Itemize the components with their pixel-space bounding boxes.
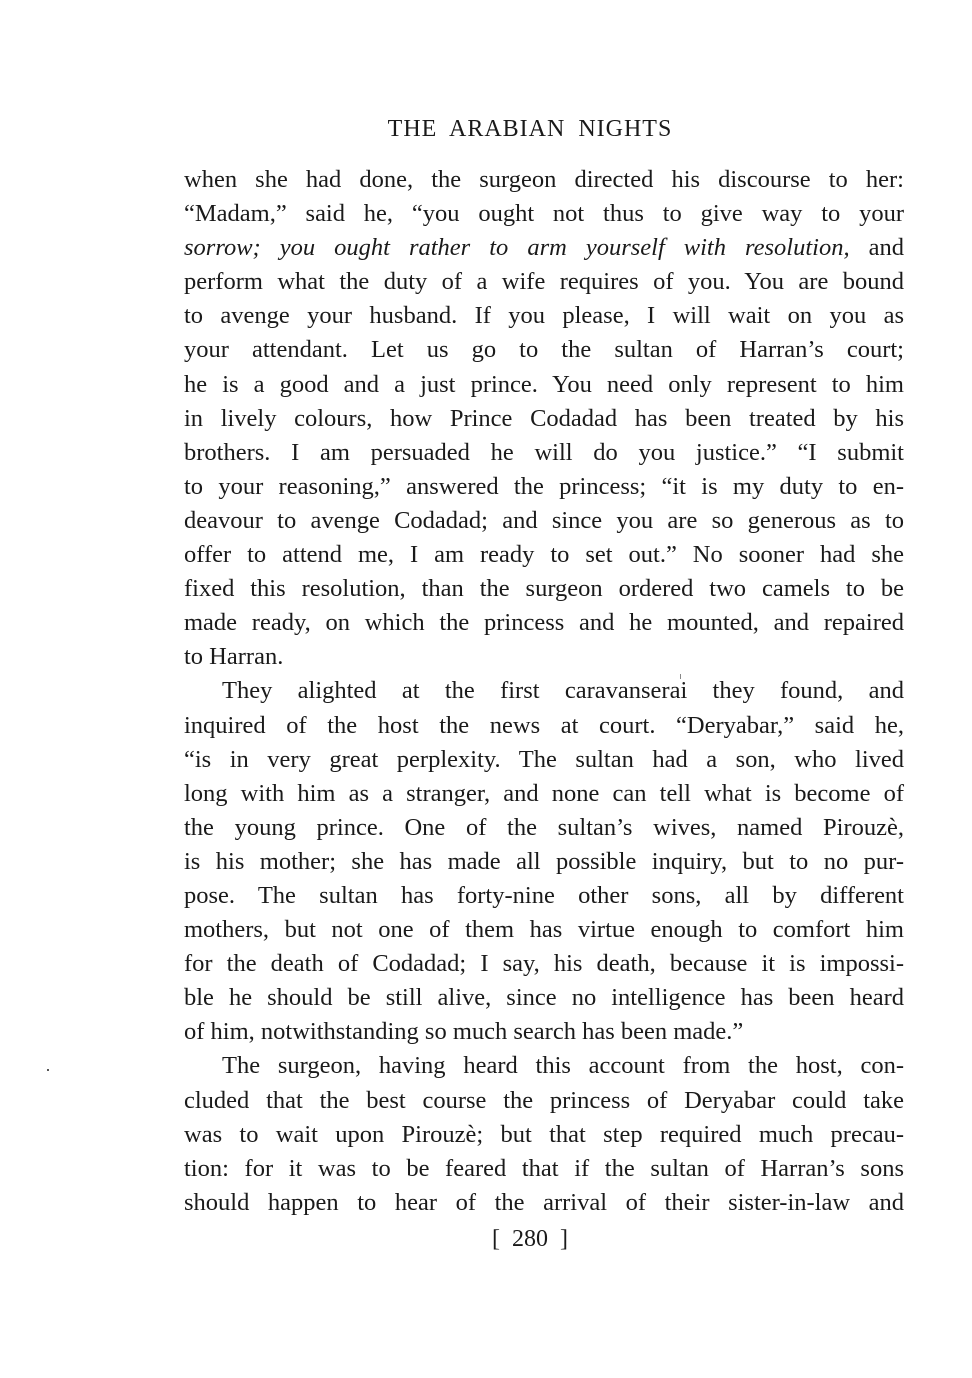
text-line-content: when she had done, the surgeon directed … [184, 163, 904, 197]
text-line: in lively colours, how Prince Codadad ha… [184, 402, 904, 436]
text-line-last: of him, notwithstanding so much search h… [184, 1015, 904, 1049]
text-line-content: tion: for it was to be feared that if th… [184, 1152, 904, 1186]
text-line: is his mother; she has made all possible… [184, 845, 904, 879]
page-number: [ 280 ] [0, 1226, 972, 1253]
text-line-content: cluded that the best course the princess… [184, 1084, 904, 1118]
text-line-content: he is a good and a just prince. You need… [184, 368, 904, 402]
body-text: when she had done, the surgeon directed … [184, 163, 904, 1220]
text-line-content: pose. The sultan has forty-nine other so… [184, 879, 904, 913]
text-line-content: for the death of Codadad; I say, his dea… [184, 947, 904, 981]
text-line-content: The surgeon, having heard this account f… [222, 1049, 904, 1083]
text-line-content: to avenge your husband. If you please, I… [184, 299, 904, 333]
text-line: cluded that the best course the princess… [184, 1084, 904, 1118]
running-head: THE ARABIAN NIGHTS [0, 116, 972, 143]
text-line: ble he should be still alive, since no i… [184, 981, 904, 1015]
text-line-content: mothers, but not one of them has virtue … [184, 913, 904, 947]
text-line: to your reasoning,” answered the princes… [184, 470, 904, 504]
text-line-content: to your reasoning,” answered the princes… [184, 470, 904, 504]
text-line: was to wait upon Pirouzè; but that step … [184, 1118, 904, 1152]
text-line: brothers. I am persuaded he will do you … [184, 436, 904, 470]
text-line-content: to Harran. [184, 640, 904, 674]
text-line-indented: They alighted at the first caravanserai … [184, 674, 904, 708]
paragraph-2: They alighted at the first caravanserai … [184, 674, 904, 1049]
text-line: for the death of Codadad; I say, his dea… [184, 947, 904, 981]
text-line-content: brothers. I am persuaded he will do you … [184, 436, 904, 470]
text-line-content: of him, notwithstanding so much search h… [184, 1015, 904, 1049]
text-line: he is a good and a just prince. You need… [184, 368, 904, 402]
text-line: tion: for it was to be feared that if th… [184, 1152, 904, 1186]
text-line-content: made ready, on which the princess and he… [184, 606, 904, 640]
text-line: mothers, but not one of them has virtue … [184, 913, 904, 947]
text-line-content: the young prince. One of the sultan’s wi… [184, 811, 904, 845]
text-line: “Madam,” said he, “you ought not thus to… [184, 197, 904, 231]
text-line-content: fixed this resolution, than the surgeon … [184, 572, 904, 606]
text-line: offer to attend me, I am ready to set ou… [184, 538, 904, 572]
paragraph-3: The surgeon, having heard this account f… [184, 1049, 904, 1219]
text-line-content: ble he should be still alive, since no i… [184, 981, 904, 1015]
text-line-content: is his mother; she has made all possible… [184, 845, 904, 879]
text-line-content: “Madam,” said he, “you ought not thus to… [184, 197, 904, 231]
text-line-content: in lively colours, how Prince Codadad ha… [184, 402, 904, 436]
text-line: inquired of the host the news at court. … [184, 709, 904, 743]
text-line-content: was to wait upon Pirouzè; but that step … [184, 1118, 904, 1152]
text-line: the young prince. One of the sultan’s wi… [184, 811, 904, 845]
text-line: your attendant. Let us go to the sultan … [184, 333, 904, 367]
text-line-content: “is in very great perplexity. The sultan… [184, 743, 904, 777]
text-line-content: perform what the duty of a wife requires… [184, 265, 904, 299]
text-line-last: to Harran. [184, 640, 904, 674]
text-line-content: deavour to avenge Codadad; and since you… [184, 504, 904, 538]
book-page: THE ARABIAN NIGHTS when she had done, th… [0, 0, 972, 1378]
text-line-content: should happen to hear of the arrival of … [184, 1186, 904, 1220]
text-line-content: sorrow; you ought rather to arm yourself… [184, 231, 904, 265]
text-line: deavour to avenge Codadad; and since you… [184, 504, 904, 538]
text-line-content: your attendant. Let us go to the sultan … [184, 333, 904, 367]
text-line: when she had done, the surgeon directed … [184, 163, 904, 197]
text-line: to avenge your husband. If you please, I… [184, 299, 904, 333]
paragraph-1: when she had done, the surgeon directed … [184, 163, 904, 674]
roman-word: and [850, 234, 904, 261]
text-line: pose. The sultan has forty-nine other so… [184, 879, 904, 913]
text-line: made ready, on which the princess and he… [184, 606, 904, 640]
scan-speck [47, 1069, 49, 1071]
text-line: perform what the duty of a wife requires… [184, 265, 904, 299]
text-line-indented: The surgeon, having heard this account f… [184, 1049, 904, 1083]
italic-word-sorrow: sorrow; [184, 234, 280, 261]
text-line-content: They alighted at the first caravanserai … [222, 674, 904, 708]
scan-speck [680, 674, 681, 679]
text-line: should happen to hear of the arrival of … [184, 1186, 904, 1220]
italic-phrase: you ought rather to arm yourself with re… [280, 234, 850, 261]
text-line: long with him as a stranger, and none ca… [184, 777, 904, 811]
text-line-content: inquired of the host the news at court. … [184, 709, 904, 743]
text-line-content: long with him as a stranger, and none ca… [184, 777, 904, 811]
text-line-content: offer to attend me, I am ready to set ou… [184, 538, 904, 572]
text-line-with-italics: sorrow; you ought rather to arm yourself… [184, 231, 904, 265]
text-line: fixed this resolution, than the surgeon … [184, 572, 904, 606]
text-line: “is in very great perplexity. The sultan… [184, 743, 904, 777]
